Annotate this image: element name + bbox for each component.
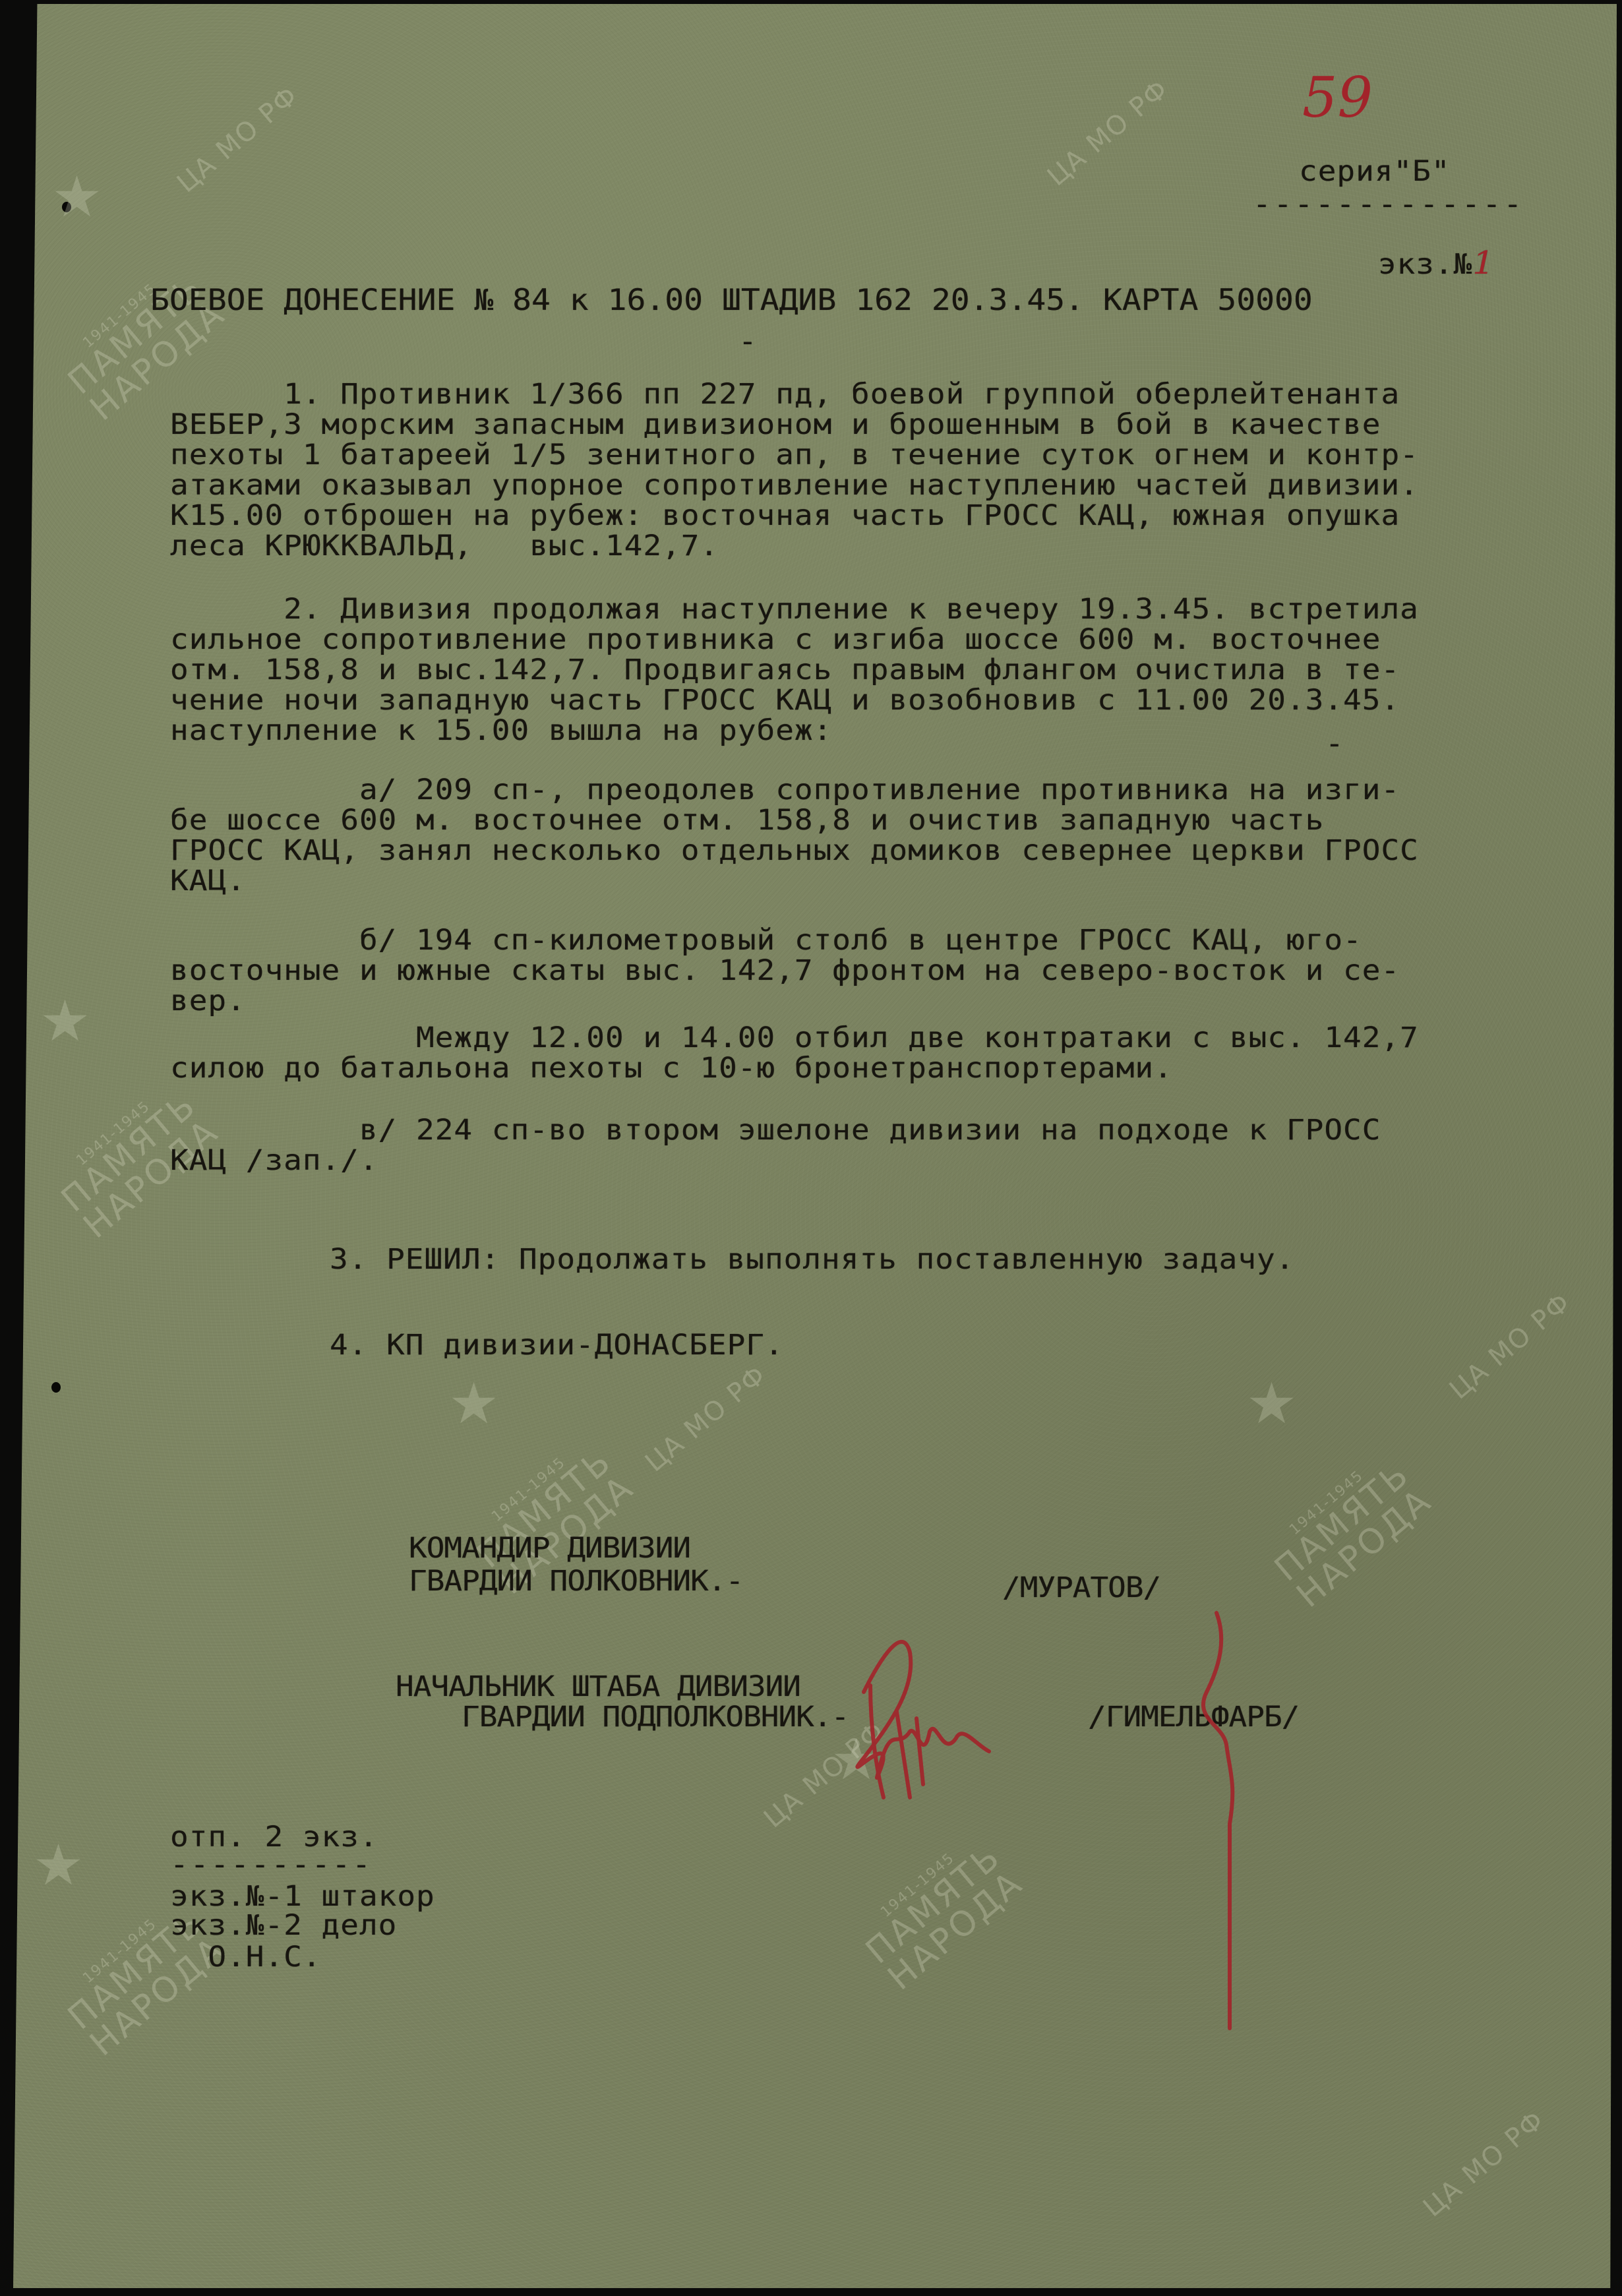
document-page: ★ 1941-1945ПАМЯТЬНАРОДА ЦА МО РФ ЦА МО Р… bbox=[13, 4, 1617, 2288]
distribution-copy-1: экз.№-1 штакор bbox=[170, 1882, 435, 1910]
distribution-initials: О.Н.С. bbox=[170, 1943, 322, 1970]
distribution-count: отп. 2 экз. bbox=[170, 1823, 378, 1850]
distribution-rule: ---------- bbox=[170, 1850, 373, 1878]
distribution-copy-2: экз.№-2 дело bbox=[170, 1911, 397, 1939]
